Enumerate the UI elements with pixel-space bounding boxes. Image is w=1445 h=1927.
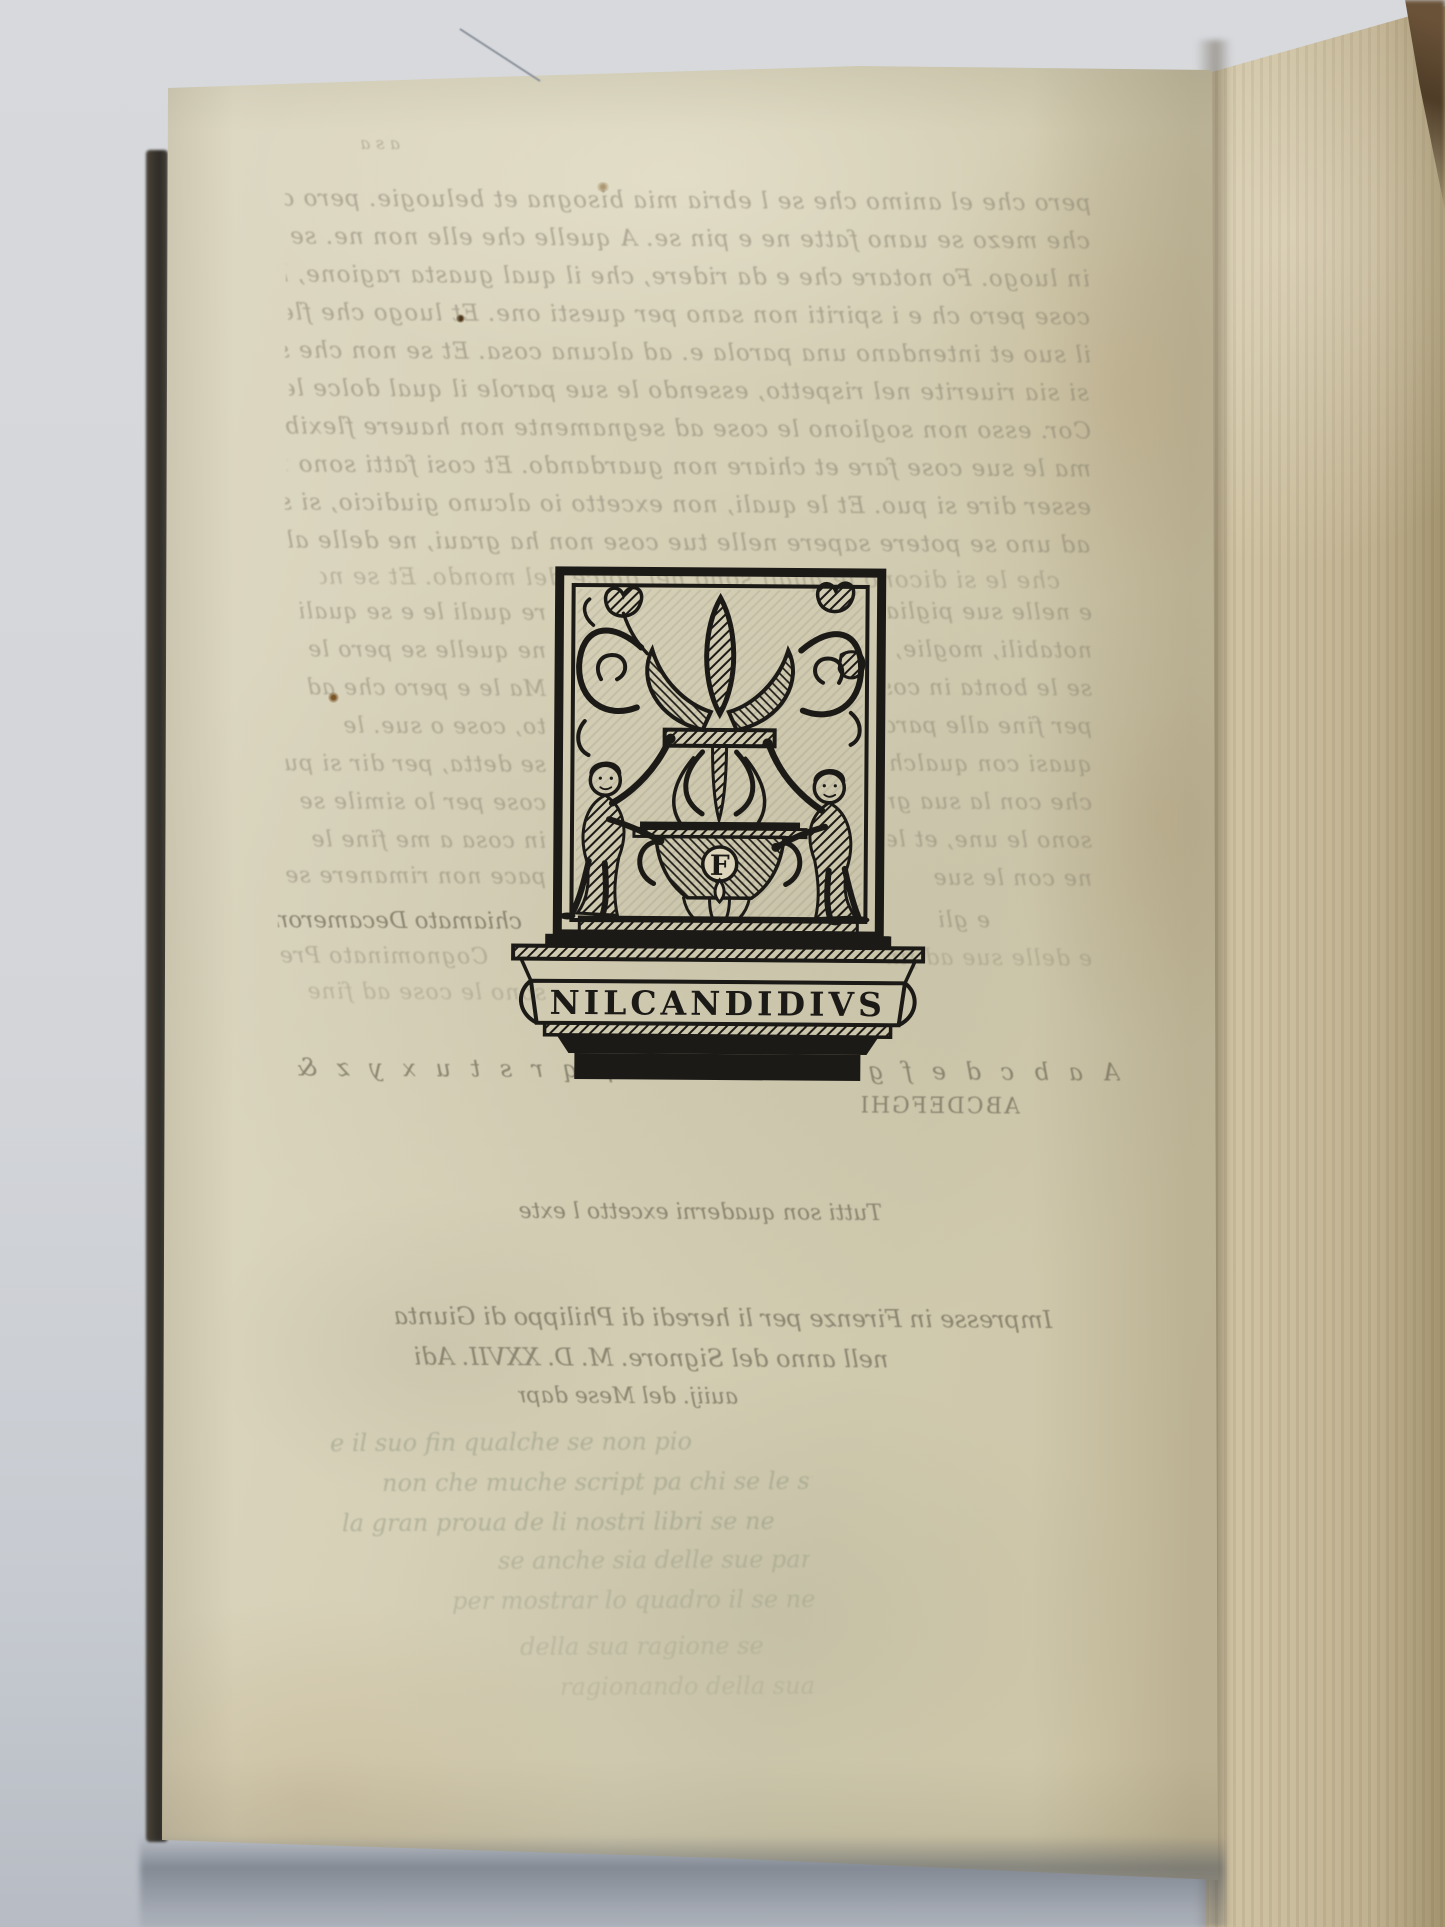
book-cast-shadow — [140, 1836, 1225, 1927]
showthrough-line: se anche sia delle sue parole — [498, 1545, 810, 1575]
showthrough-finis-line: chiamato Decamerone — [278, 907, 522, 934]
showthrough-header-mark: a s a — [326, 134, 400, 154]
device-monogram: F — [710, 849, 730, 882]
showthrough-line: si sia riuerite nel rispetto, essendo le… — [289, 376, 1089, 407]
device-motto: NILCANDIDIVS — [549, 983, 886, 1024]
showthrough-colophon-line: Impresse in Firenze per li heredi di Phi… — [390, 1302, 1056, 1334]
showthrough-line: pero che el animo che se l ebria mia bis… — [285, 186, 1091, 217]
tulip-right — [817, 583, 853, 612]
showthrough-line: esser dire si puo. Et le quali, non exce… — [285, 490, 1091, 521]
showthrough-register-signatures: ABCDEFGHI — [862, 1094, 1020, 1120]
showthrough-line: che mezo se uano fatte ne e pin se. A qu… — [290, 224, 1090, 255]
showthrough-line: ma le sue cose fare et chiare non guarda… — [287, 452, 1091, 483]
showthrough-line: e il suo fin qualche se non pio — [330, 1427, 782, 1457]
fore-edge-page-stack — [1206, 0, 1445, 1927]
showthrough-colophon-line: nell anno del Signore. M. D. XXVII. Adi — [402, 1342, 900, 1373]
showthrough-finis-line: Cognominato Pren — [278, 943, 488, 969]
showthrough-line: non che muche script pa chi se le sue — [382, 1467, 812, 1497]
showthrough-line: in luogo. Fo notare che e da ridere, che… — [286, 262, 1090, 293]
showthrough-line: il suo et intendano una parola e. ad alc… — [285, 338, 1091, 369]
dust-thread — [459, 28, 541, 82]
motto-plinth: NILCANDIDIVS — [512, 934, 923, 1082]
showthrough-line: della sua ragione se — [520, 1631, 860, 1661]
showthrough-line: la gran proua de li nostri libri se ne — [342, 1507, 812, 1537]
photo-of-book-page: a s a pero che el animo che se l ebria m… — [0, 0, 1445, 1927]
printer-device-woodcut: F NILCANDIDIVS — [486, 560, 952, 1095]
showthrough-line: Cor. esso non sogliono le cose ad segnam… — [285, 414, 1091, 445]
showthrough-line: ad uno se potere sapere nelle tue cose n… — [288, 528, 1090, 559]
showthrough-quire-note: Tutti son quaderni excetto l externo. — [518, 1199, 882, 1226]
showthrough-colophon-line: auiij. del Mese daprile. — [518, 1383, 738, 1409]
showthrough-line: per mostrar lo quadro il se ne — [452, 1585, 832, 1615]
showthrough-line: ragionando della sua — [560, 1671, 900, 1701]
showthrough-line: cose pero ch e i spiriti non sano per qu… — [288, 300, 1090, 331]
